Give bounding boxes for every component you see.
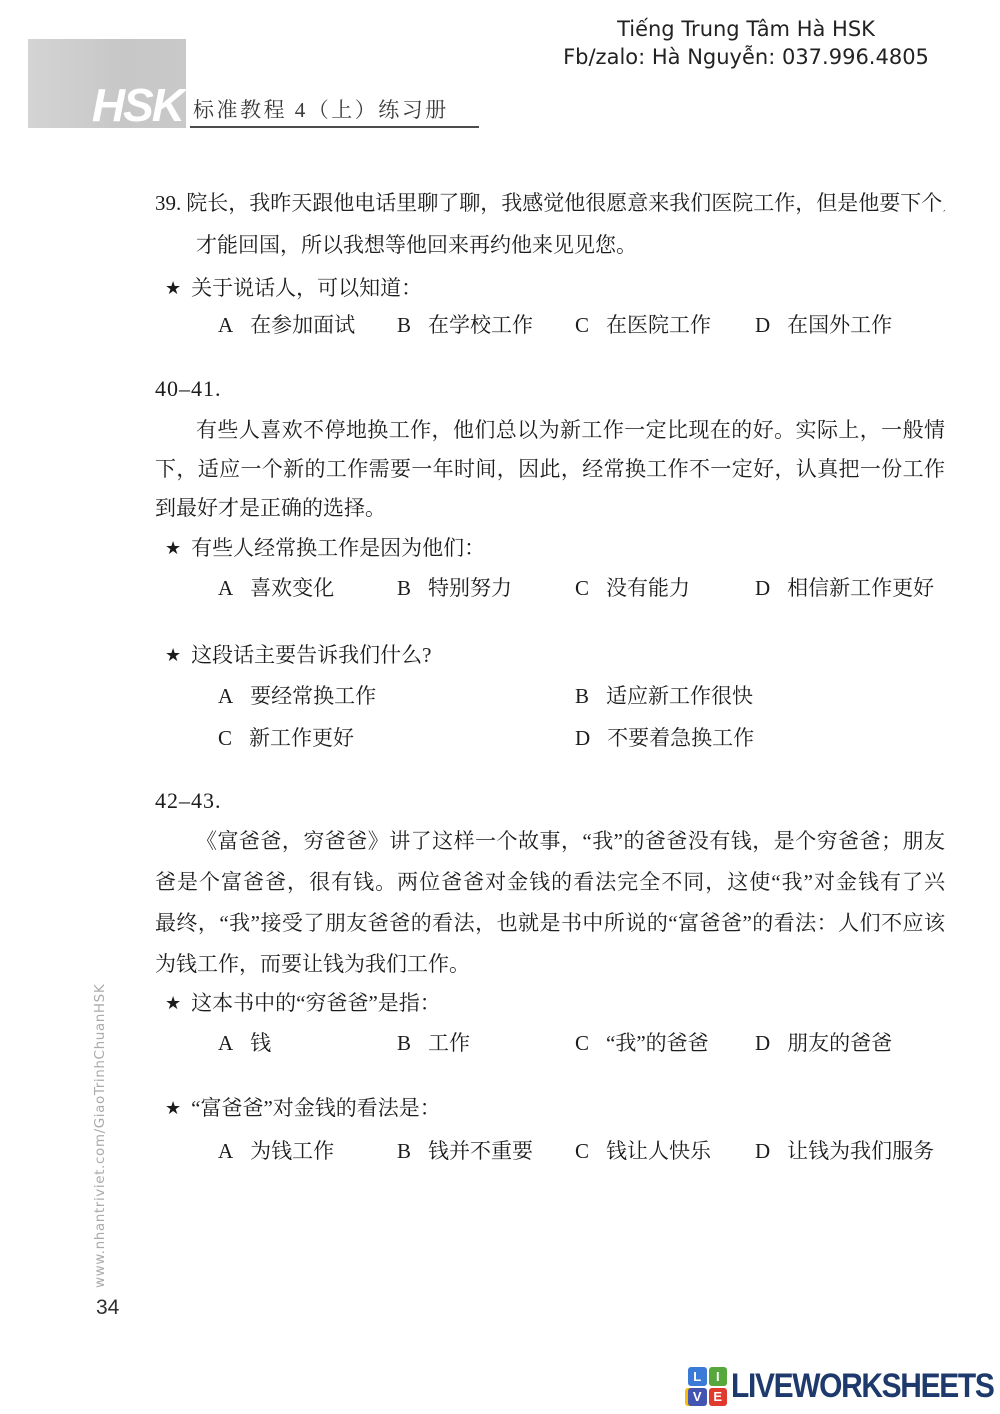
option-a: A在参加面试 bbox=[218, 304, 355, 346]
s4243-para-line1: 《富爸爸，穷爸爸》讲了这样一个故事，“我”的爸爸没有钱，是个穷爸爸；朋友的爸 bbox=[155, 820, 945, 862]
q39-options: A在参加面试 B在学校工作 C在医院工作 D在国外工作 bbox=[155, 304, 945, 346]
lw-tile-2: V bbox=[688, 1388, 707, 1407]
s4243-para-line4: 为钱工作，而要让钱为我们工作。 bbox=[155, 943, 945, 985]
option-b: B工作 bbox=[397, 1022, 470, 1064]
star-icon: ★ bbox=[165, 1098, 181, 1118]
q39-line2: 才能回国，所以我想等他回来再约他来见见您。 bbox=[155, 224, 945, 266]
option-c: C没有能力 bbox=[575, 567, 690, 609]
q39-number: 39. bbox=[155, 182, 181, 224]
option-b: B适应新工作很快 bbox=[575, 675, 753, 717]
option-a: A钱 bbox=[218, 1022, 271, 1064]
option-c: C钱让人快乐 bbox=[575, 1130, 711, 1172]
s4041-q1-text: 有些人经常换工作是因为他们： bbox=[191, 536, 485, 560]
contact-info: Tiếng Trung Tâm Hà HSK Fb/zalo: Hà Nguyễ… bbox=[496, 16, 996, 71]
option-b: B特别努力 bbox=[397, 567, 512, 609]
lw-tile-3: E bbox=[709, 1388, 728, 1407]
option-d: D在国外工作 bbox=[755, 304, 892, 346]
s4041-q1: ★有些人经常换工作是因为他们： bbox=[155, 527, 955, 569]
option-b: B钱并不重要 bbox=[397, 1130, 533, 1172]
s4041-q2-text: 这段话主要告诉我们什么? bbox=[191, 643, 431, 667]
option-a: A喜欢变化 bbox=[218, 567, 334, 609]
s4243-para-line2: 爸是个富爸爸，很有钱。两位爸爸对金钱的看法完全不同，这使“我”对金钱有了兴趣， bbox=[155, 861, 945, 903]
s4243-q1-text: 这本书中的“穷爸爸”是指： bbox=[191, 991, 441, 1015]
liveworksheets-grid-icon: L I V E bbox=[688, 1367, 727, 1406]
section-42-43-heading: 42–43. bbox=[155, 780, 945, 822]
liveworksheets-wordmark: LIVEWORKSHEETS bbox=[731, 1367, 993, 1406]
q39-question-text: 关于说话人，可以知道： bbox=[191, 276, 422, 300]
title-underline bbox=[190, 126, 479, 128]
s4041-q2-options-row2: C新工作更好 D不要着急换工作 bbox=[155, 717, 945, 759]
option-d: D朋友的爸爸 bbox=[755, 1022, 892, 1064]
lw-tile-0: L bbox=[688, 1367, 707, 1386]
s4041-para-line3: 到最好才是正确的选择。 bbox=[155, 487, 945, 529]
s4243-para-line3: 最终，“我”接受了朋友爸爸的看法，也就是书中所说的“富爸爸”的看法：人们不应该 bbox=[155, 902, 945, 944]
option-d: D相信新工作更好 bbox=[755, 567, 934, 609]
option-a: A要经常换工作 bbox=[218, 675, 376, 717]
option-c: C“我”的爸爸 bbox=[575, 1022, 709, 1064]
option-d: D不要着急换工作 bbox=[575, 717, 754, 759]
star-icon: ★ bbox=[165, 538, 181, 558]
star-icon: ★ bbox=[165, 645, 181, 665]
s4041-para-line2: 下，适应一个新的工作需要一年时间，因此，经常换工作不一定好，认真把一份工作做 bbox=[155, 448, 945, 490]
s4243-q2: ★“富爸爸”对金钱的看法是： bbox=[155, 1087, 955, 1129]
page-number: 34 bbox=[96, 1296, 119, 1320]
option-b: B在学校工作 bbox=[397, 304, 533, 346]
q39-line1: 39. 院长，我昨天跟他电话里聊了聊，我感觉他很愿意来我们医院工作，但是他要下个… bbox=[155, 182, 945, 224]
s4041-q2-options-row1: A要经常换工作 B适应新工作很快 bbox=[155, 675, 945, 717]
lw-tile-1: I bbox=[709, 1367, 728, 1386]
s4243-q1: ★这本书中的“穷爸爸”是指： bbox=[155, 982, 955, 1024]
option-a: A为钱工作 bbox=[218, 1130, 334, 1172]
s4243-q2-text: “富爸爸”对金钱的看法是： bbox=[191, 1096, 441, 1120]
s4041-q2: ★这段话主要告诉我们什么? bbox=[155, 634, 955, 676]
q39-text1: 院长，我昨天跟他电话里聊了聊，我感觉他很愿意来我们医院工作，但是他要下个月 bbox=[186, 182, 945, 224]
book-title: 标准教程 4（上）练习册 bbox=[193, 94, 449, 124]
option-d: D让钱为我们服务 bbox=[755, 1130, 934, 1172]
option-c: C在医院工作 bbox=[575, 304, 711, 346]
contact-center-name: Tiếng Trung Tâm Hà HSK bbox=[496, 16, 996, 44]
worksheet-page: HSK 标准教程 4（上）练习册 Tiếng Trung Tâm Hà HSK … bbox=[0, 0, 1000, 1414]
star-icon: ★ bbox=[165, 278, 181, 298]
s4041-q1-options: A喜欢变化 B特别努力 C没有能力 D相信新工作更好 bbox=[155, 567, 945, 609]
hsk-logo: HSK bbox=[28, 39, 186, 128]
s4041-para-line1: 有些人喜欢不停地换工作，他们总以为新工作一定比现在的好。实际上，一般情况 bbox=[155, 409, 945, 451]
option-c: C新工作更好 bbox=[218, 717, 354, 759]
contact-phone: Fb/zalo: Hà Nguyễn: 037.996.4805 bbox=[496, 44, 996, 72]
section-40-41-heading: 40–41. bbox=[155, 368, 945, 410]
s4243-q2-options: A为钱工作 B钱并不重要 C钱让人快乐 D让钱为我们服务 bbox=[155, 1130, 945, 1172]
hsk-logo-text: HSK bbox=[92, 82, 183, 128]
s4243-q1-options: A钱 B工作 C“我”的爸爸 D朋友的爸爸 bbox=[155, 1022, 945, 1064]
star-icon: ★ bbox=[165, 993, 181, 1013]
watermark-url: www.nhantriviet.com/GiaoTrinhChuanHSK bbox=[92, 986, 108, 1288]
q39-question: ★关于说话人，可以知道： bbox=[155, 267, 955, 309]
liveworksheets-logo: L I V E LIVEWORKSHEETS bbox=[688, 1367, 1000, 1406]
